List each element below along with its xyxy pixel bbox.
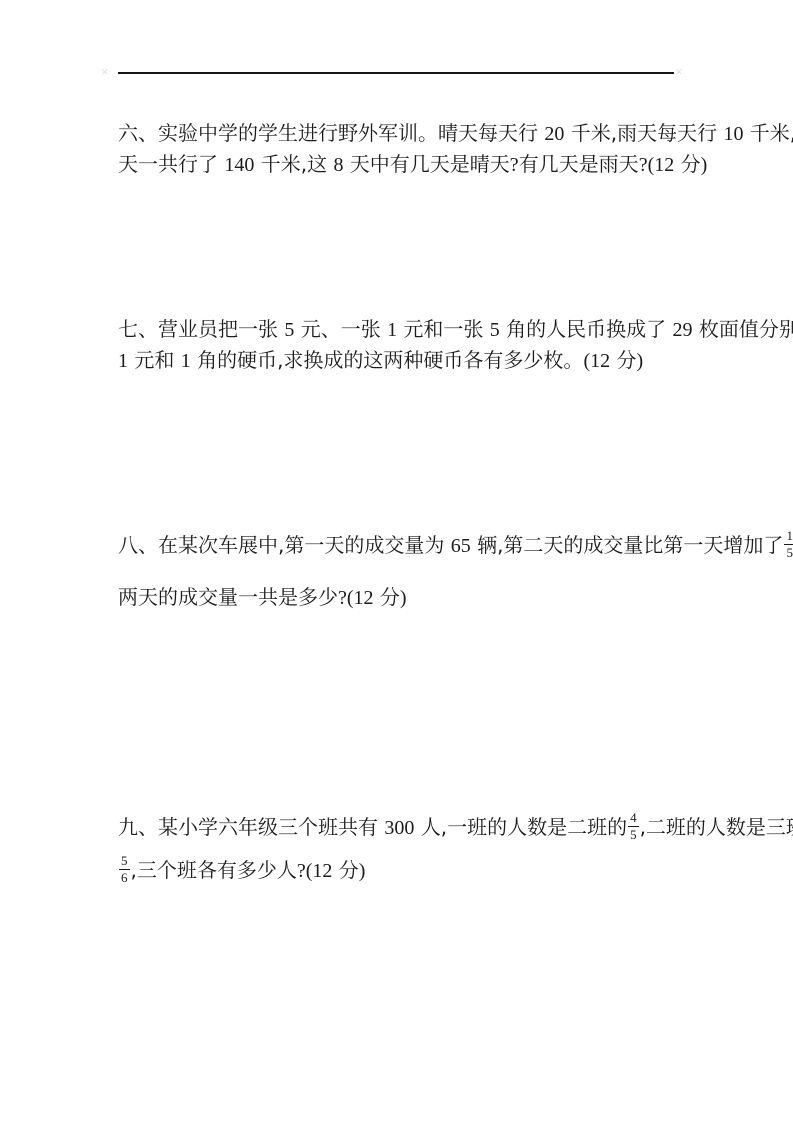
- numeric-run: ?: [510, 154, 519, 176]
- fraction-numerator: 1: [784, 529, 793, 545]
- cjk-run: 八、在某次车展中,第一天的成交量为: [118, 533, 451, 557]
- cjk-run: 分: [674, 152, 700, 176]
- numeric-run: ): [359, 860, 366, 882]
- numeric-run: 65: [451, 535, 471, 557]
- numeric-run: 29: [673, 319, 693, 341]
- cjk-run: 千米,雨天每天行: [564, 121, 723, 145]
- numeric-run: ?(12: [297, 860, 333, 882]
- fraction: 56: [119, 854, 130, 884]
- numeric-run: 5: [284, 319, 294, 341]
- cjk-run: 天中有几天是晴天: [343, 152, 509, 176]
- numeric-run: ): [636, 350, 643, 372]
- cjk-run: 元、一张: [294, 317, 387, 341]
- problem-七: 七、营业员把一张 5 元、一张 1 元和一张 5 角的人民币换成了 29 枚面值…: [118, 314, 793, 376]
- cjk-run: 元和一张: [397, 317, 490, 341]
- numeric-run: 140: [224, 154, 254, 176]
- cjk-run: 元和: [128, 348, 181, 372]
- fraction-numerator: 4: [628, 811, 639, 827]
- cjk-run: 天一共行了: [118, 152, 224, 176]
- problem-text-line: 天一共行了 140 千米,这 8 天中有几天是晴天?有几天是雨天?(12 分): [118, 149, 793, 180]
- cjk-run: 分: [374, 585, 400, 609]
- problem-六: 六、实验中学的学生进行野外军训。晴天每天行 20 千米,雨天每天行 10 千米,…: [118, 118, 793, 180]
- problem-text-line: 1 元和 1 角的硬币,求换成的这两种硬币各有多少枚。(12 分): [118, 345, 793, 376]
- cjk-run: 有几天是雨天: [519, 152, 639, 176]
- numeric-run: ): [701, 154, 708, 176]
- numeric-run: ): [400, 587, 407, 609]
- cjk-run: 九、某小学六年级三个班共有: [118, 815, 384, 839]
- problem-八: 八、在某次车展中,第一天的成交量为 65 辆,第二天的成交量比第一天增加了15,…: [118, 520, 793, 624]
- cjk-run: 辆,第二天的成交量比第一天增加了: [471, 533, 784, 557]
- divider-left-artifact-icon: ✕: [101, 68, 109, 78]
- numeric-run: 1: [181, 350, 191, 372]
- numeric-run: (12: [583, 350, 610, 372]
- cjk-run: 分: [610, 348, 636, 372]
- cjk-run: ,二班的人数是三班的: [640, 815, 793, 839]
- problem-九: 九、某小学六年级三个班共有 300 人,一班的人数是二班的45,二班的人数是三班…: [118, 806, 793, 892]
- divider-right-artifact-icon: ✕: [675, 68, 683, 78]
- numeric-run: 300: [384, 817, 414, 839]
- cjk-run: 角的人民币换成了: [500, 317, 673, 341]
- cjk-run: 人,一班的人数是二班的: [414, 815, 627, 839]
- numeric-run: 5: [490, 319, 500, 341]
- problem-text-line: 八、在某次车展中,第一天的成交量为 65 辆,第二天的成交量比第一天增加了15,…: [118, 520, 793, 572]
- problem-text-line: 六、实验中学的学生进行野外军训。晴天每天行 20 千米,雨天每天行 10 千米,…: [118, 118, 793, 149]
- fraction-denominator: 5: [786, 545, 793, 560]
- top-rule-divider: [118, 72, 674, 74]
- cjk-run: 分: [332, 858, 358, 882]
- problem-text-line: 七、营业员把一张 5 元、一张 1 元和一张 5 角的人民币换成了 29 枚面值…: [118, 314, 793, 345]
- fraction: 45: [628, 811, 639, 841]
- cjk-run: 两天的成交量一共是多少: [118, 585, 338, 609]
- problem-text-line: 九、某小学六年级三个班共有 300 人,一班的人数是二班的45,二班的人数是三班…: [118, 806, 793, 849]
- fraction-denominator: 5: [630, 827, 637, 842]
- numeric-run: 1: [387, 319, 397, 341]
- numeric-run: ?(12: [338, 587, 374, 609]
- problem-text-line: 56,三个班各有多少人?(12 分): [118, 849, 793, 892]
- cjk-run: 千米,这: [254, 152, 333, 176]
- fraction-numerator: 5: [119, 854, 130, 870]
- problem-text-line: 两天的成交量一共是多少?(12 分): [118, 572, 793, 624]
- numeric-run: ?(12: [639, 154, 675, 176]
- cjk-run: 千米,: [743, 121, 793, 145]
- cjk-run: 七、营业员把一张: [118, 317, 284, 341]
- fraction: 15: [784, 529, 793, 559]
- cjk-run: 六、实验中学的学生进行野外军训。晴天每天行: [118, 121, 544, 145]
- exam-page: ✕ ✕ 六、实验中学的学生进行野外军训。晴天每天行 20 千米,雨天每天行 10…: [0, 0, 793, 1122]
- numeric-run: 8: [333, 154, 343, 176]
- numeric-run: 1: [118, 350, 128, 372]
- fraction-denominator: 6: [121, 870, 128, 885]
- numeric-run: 10: [723, 123, 743, 145]
- cjk-run: ,三个班各有多少人: [131, 858, 297, 882]
- cjk-run: 角的硬币,求换成的这两种硬币各有多少枚。: [191, 348, 584, 372]
- cjk-run: 枚面值分别为: [693, 317, 793, 341]
- numeric-run: 20: [544, 123, 564, 145]
